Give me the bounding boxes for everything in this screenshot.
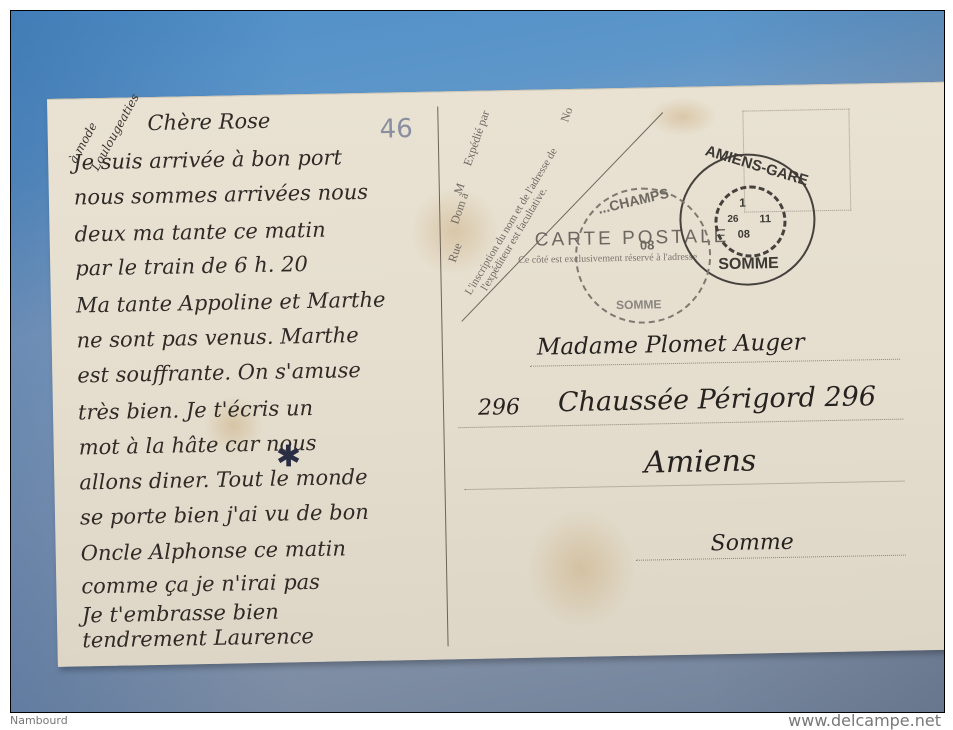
postmark-amiens-year: 08 <box>738 229 750 241</box>
message-line: Oncle Alphonse ce matin <box>80 536 346 565</box>
message-line: très bien. Je t'écris un <box>78 396 313 425</box>
pencil-number: 46 <box>379 114 413 145</box>
printed-numero: No <box>557 105 576 124</box>
message-line: Je suis arrivée à bon port <box>73 145 342 174</box>
message-line: deux ma tante ce matin <box>74 218 325 247</box>
postmark-champs-bottom: SOMME <box>616 297 662 312</box>
address-line-city: Amiens <box>644 443 757 480</box>
message-line: se porte bien j'ai vu de bon <box>80 500 369 530</box>
address-rule <box>636 555 906 561</box>
seller-name: Nambourd <box>10 714 68 727</box>
postmark-amiens-month: 11 <box>759 213 771 225</box>
address-line-recipient: Madame Plomet Auger <box>537 330 805 361</box>
message-line: allons diner. Tout le monde <box>79 465 368 495</box>
postmark-amiens-bottom: SOMME <box>718 255 779 274</box>
message-line: Je t'embrasse bien <box>82 600 279 628</box>
postmark-champs-center: 08 <box>640 237 655 252</box>
message-line: nous sommes arrivées nous <box>74 180 369 210</box>
message-line: ne sont pas venus. Marthe <box>76 323 358 352</box>
postcard-back: à mode Loulougeaties 46 Chère Rose Je su… <box>47 82 945 667</box>
address-line-street: Chaussée Périgord 296 <box>558 381 877 418</box>
postmark-amiens-date: 26 <box>727 214 738 225</box>
message-line: Ma tante Appoline et Marthe <box>76 288 386 318</box>
card-edge <box>47 82 945 100</box>
message-line: Chère Rose <box>147 109 270 135</box>
address-rule <box>465 481 905 490</box>
message-line: est souffrante. On s'amuse <box>77 358 361 387</box>
printed-expedie-par: Expédié par <box>460 109 493 168</box>
address-rule <box>458 419 903 429</box>
message-line: comme ça je n'irai pas <box>81 570 320 599</box>
address-rule <box>530 359 900 367</box>
address-number: 296 <box>478 395 520 421</box>
ink-blot-icon: ✱ <box>276 439 302 474</box>
age-stain <box>525 508 637 630</box>
message-line: tendrement Laurence <box>82 624 314 652</box>
postcard-photo: à mode Loulougeaties 46 Chère Rose Je su… <box>10 10 945 713</box>
postmark-amiens-day: 1 <box>739 196 746 210</box>
site-watermark[interactable]: www.delcampe.net <box>788 711 941 730</box>
message-line: par le train de 6 h. 20 <box>75 252 308 280</box>
address-line-department: Somme <box>710 530 794 557</box>
